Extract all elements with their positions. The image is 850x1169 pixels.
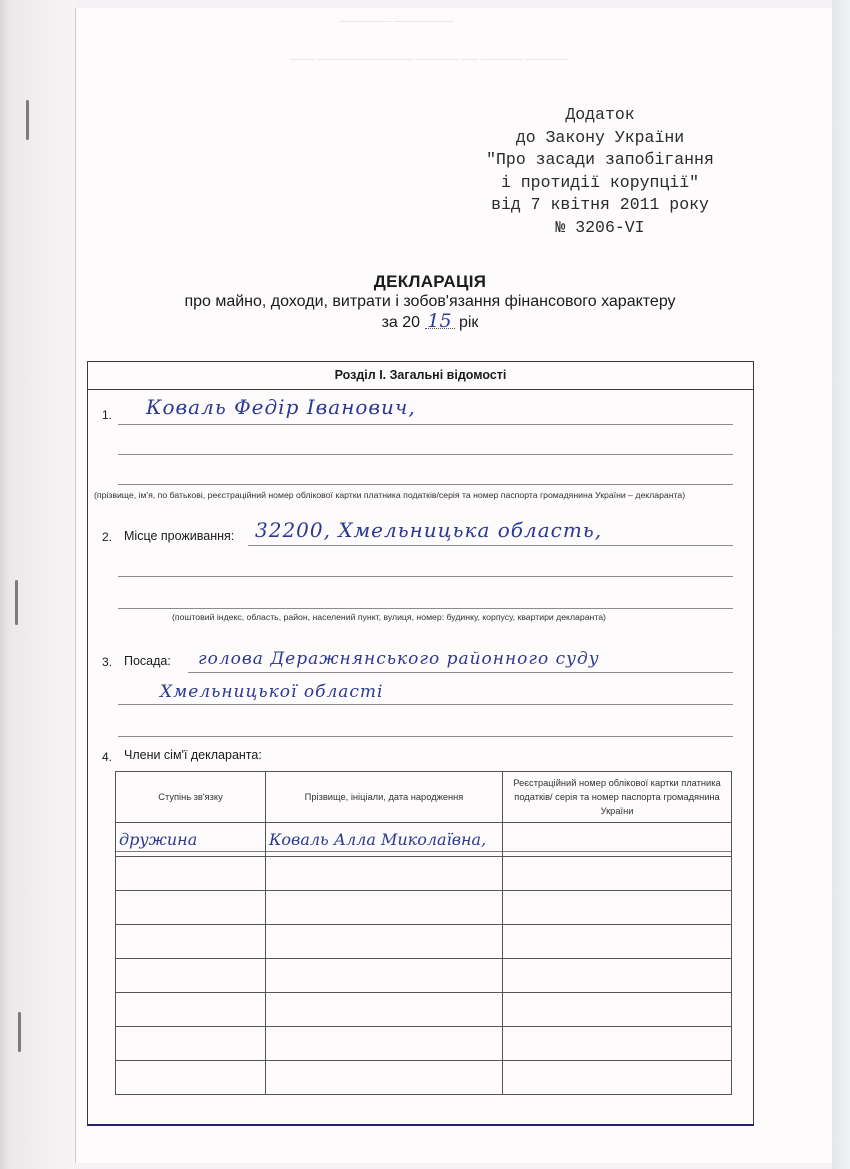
table-row <box>116 1027 732 1061</box>
appendix-line: до Закону України <box>455 127 745 150</box>
relation-cell[interactable] <box>116 1061 266 1095</box>
relation-cell[interactable] <box>116 1027 266 1061</box>
bleed-through-text: ────── ─────── <box>340 14 454 29</box>
scan-left-margin <box>0 0 75 1169</box>
tax-id-cell[interactable] <box>503 823 732 857</box>
fill-line <box>188 672 733 673</box>
fill-line <box>118 736 733 737</box>
fill-line <box>248 545 733 546</box>
appendix-line: "Про засади запобігання <box>455 149 745 172</box>
section-header: Розділ І. Загальні відомості <box>88 362 753 390</box>
tax-id-cell[interactable] <box>503 925 732 959</box>
fill-line <box>118 424 733 425</box>
relation-cell[interactable] <box>116 993 266 1027</box>
table-row <box>116 891 732 925</box>
appendix-line: № 3206-VI <box>455 217 745 240</box>
table-row <box>116 993 732 1027</box>
table-row <box>116 959 732 993</box>
position-field-line-1[interactable]: голова Деражнянського районного суду <box>198 649 600 669</box>
declaration-subtitle: про майно, доходи, витрати і зобов'язанн… <box>130 293 730 311</box>
year-field[interactable]: 15 <box>425 314 455 329</box>
column-header-name: Прізвище, ініціали, дата народження <box>266 772 503 823</box>
item-2-hint: (поштовий індекс, область, район, населе… <box>172 612 606 622</box>
name-cell[interactable] <box>266 959 503 993</box>
item-1-number: 1. <box>102 408 112 422</box>
relation-cell[interactable] <box>116 891 266 925</box>
declarant-name-field[interactable]: Коваль Федір Іванович, <box>146 395 416 419</box>
binder-hole-mark <box>26 100 29 140</box>
family-members-label: Члени сім'ї декларанта: <box>124 748 262 762</box>
relation-cell[interactable]: дружина <box>116 823 266 857</box>
year-prefix: за 20 <box>382 314 420 331</box>
residence-field[interactable]: 32200, Хмельницька область, <box>255 518 602 542</box>
fill-line <box>118 608 733 609</box>
name-cell[interactable]: Коваль Алла Миколаївна, <box>266 823 503 857</box>
name-cell[interactable] <box>266 857 503 891</box>
table-row <box>116 857 732 891</box>
name-cell[interactable] <box>266 1027 503 1061</box>
appendix-line: Додаток <box>455 104 745 127</box>
relation-cell[interactable] <box>116 925 266 959</box>
appendix-line: від 7 квітня 2011 року <box>455 194 745 217</box>
tax-id-cell[interactable] <box>503 1061 732 1095</box>
scan-right-edge <box>832 0 850 1169</box>
tax-id-cell[interactable] <box>503 1027 732 1061</box>
name-cell[interactable] <box>266 891 503 925</box>
bleed-through-text: ─── ─────────── ───── ── ───── ───── <box>290 52 569 67</box>
declaration-year: за 20 15 рік <box>130 314 730 332</box>
name-cell[interactable] <box>266 1061 503 1095</box>
family-members-table: Ступінь зв'язку Прізвище, ініціали, дата… <box>115 771 732 1095</box>
tax-id-cell[interactable] <box>503 891 732 925</box>
tax-id-cell[interactable] <box>503 993 732 1027</box>
fill-line <box>118 484 733 485</box>
relation-cell[interactable] <box>116 959 266 993</box>
fill-line <box>118 576 733 577</box>
name-cell[interactable] <box>266 993 503 1027</box>
declaration-title: ДЕКЛАРАЦІЯ <box>130 272 730 292</box>
position-field-line-2[interactable]: Хмельницької області <box>160 682 383 702</box>
appendix-reference: Додаток до Закону України "Про засади за… <box>455 104 745 239</box>
tax-id-cell[interactable] <box>503 857 732 891</box>
name-cell[interactable] <box>266 925 503 959</box>
table-row: дружина Коваль Алла Миколаївна, <box>116 823 732 857</box>
year-suffix: рік <box>459 314 478 331</box>
table-header-row: Ступінь зв'язку Прізвище, ініціали, дата… <box>116 772 732 823</box>
table-row <box>116 925 732 959</box>
general-info-section: Розділ І. Загальні відомості 1. Коваль Ф… <box>87 361 754 1126</box>
binder-hole-mark <box>18 1012 21 1052</box>
item-4-number: 4. <box>102 750 112 764</box>
column-header-tax-id: Реєстраційний номер облікової картки пла… <box>503 772 732 823</box>
table-row <box>116 1061 732 1095</box>
fill-line <box>118 704 733 705</box>
appendix-line: і протидії корупції" <box>455 172 745 195</box>
item-3-number: 3. <box>102 655 112 669</box>
residence-label: Місце проживання: <box>124 529 234 543</box>
item-2-number: 2. <box>102 530 112 544</box>
position-label: Посада: <box>124 654 171 668</box>
column-header-relation: Ступінь зв'язку <box>116 772 266 823</box>
item-1-hint: (прізвище, ім'я, по батькові, реєстрацій… <box>94 490 685 500</box>
binder-hole-mark <box>15 580 18 625</box>
relation-cell[interactable] <box>116 857 266 891</box>
fill-line <box>118 454 733 455</box>
tax-id-cell[interactable] <box>503 959 732 993</box>
